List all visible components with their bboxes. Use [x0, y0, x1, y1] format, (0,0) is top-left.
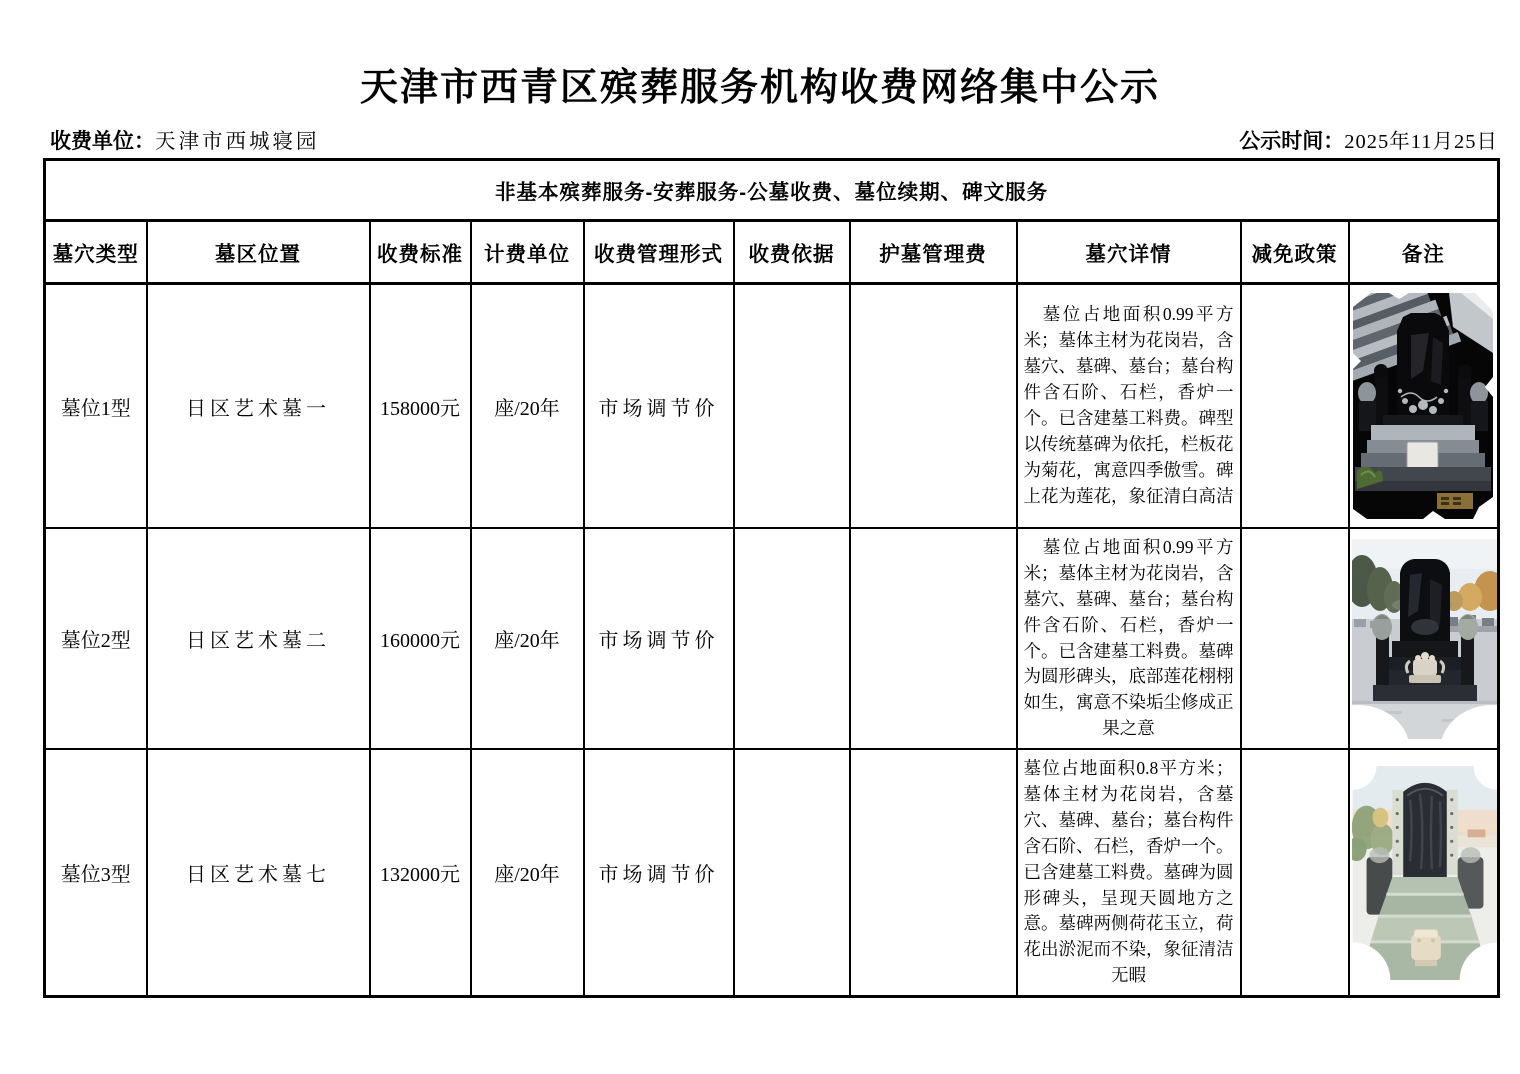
cell-unit: 座/20年 — [471, 284, 584, 529]
cell-management: 市场调节价 — [584, 528, 734, 749]
section-row: 非基本殡葬服务-安葬服务-公墓收费、墓位续期、碑文服务 — [45, 160, 1499, 221]
col-header-tomb-type: 墓穴类型 — [45, 221, 147, 284]
cell-care-fee — [850, 284, 1017, 529]
remark-photo-cell — [1349, 528, 1499, 749]
publicity-time-label: 公示时间： — [1239, 130, 1344, 153]
cell-location: 日区艺术墓七 — [147, 749, 370, 997]
publicity-time: 公示时间：2025年11月25日 — [1239, 124, 1498, 155]
cell-basis — [734, 749, 850, 997]
black-granite-tombstone-photo-icon — [1353, 293, 1493, 519]
cell-unit: 座/20年 — [471, 749, 584, 997]
cell-tomb-type: 墓位3型 — [45, 749, 147, 997]
cell-care-fee — [850, 749, 1017, 997]
cell-details: 墓位占地面积0.8平方米；墓体主材为花岗岩，含墓穴、墓碑、墓台；墓台构件含石阶、… — [1017, 749, 1241, 997]
charging-unit-label: 收费单位： — [50, 130, 155, 153]
remark-photo-cell — [1349, 749, 1499, 997]
cell-price: 160000元 — [370, 528, 471, 749]
cell-price: 132000元 — [370, 749, 471, 997]
table-row: 墓位2型 日区艺术墓二 160000元 座/20年 市场调节价 墓位占地面积0.… — [45, 528, 1499, 749]
cell-management: 市场调节价 — [584, 749, 734, 997]
remark-photo-cell — [1349, 284, 1499, 529]
cell-details: 墓位占地面积0.99平方米；墓体主材为花岗岩，含墓穴、墓碑、墓台；墓台构件含石阶… — [1017, 528, 1241, 749]
meta-bar: 收费单位：天津市西城寝园 公示时间：2025年11月25日 — [50, 124, 1498, 155]
charging-unit: 收费单位：天津市西城寝园 — [50, 124, 320, 155]
col-header-management: 收费管理形式 — [584, 221, 734, 284]
cell-policy — [1241, 749, 1349, 997]
col-header-details: 墓穴详情 — [1017, 221, 1241, 284]
charging-unit-value: 天津市西城寝园 — [155, 131, 320, 153]
cell-basis — [734, 284, 850, 529]
table-section-title: 非基本殡葬服务-安葬服务-公墓收费、墓位续期、碑文服务 — [45, 160, 1499, 221]
fee-table: 非基本殡葬服务-安葬服务-公墓收费、墓位续期、碑文服务 墓穴类型 墓区位置 收费… — [43, 158, 1500, 998]
cemetery-autumn-tombstone-photo-icon — [1352, 539, 1498, 739]
cell-care-fee — [850, 528, 1017, 749]
col-header-unit: 计费单位 — [471, 221, 584, 284]
publicity-time-value: 2025年11月25日 — [1344, 131, 1498, 153]
col-header-price: 收费标准 — [370, 221, 471, 284]
col-header-location: 墓区位置 — [147, 221, 370, 284]
cell-price: 158000元 — [370, 284, 471, 529]
col-header-remark: 备注 — [1349, 221, 1499, 284]
cell-unit: 座/20年 — [471, 528, 584, 749]
cell-policy — [1241, 528, 1349, 749]
cell-details: 墓位占地面积0.99平方米；墓体主材为花岗岩，含墓穴、墓碑、墓台；墓台构件含石阶… — [1017, 284, 1241, 529]
arched-tombstone-steps-photo-icon — [1352, 766, 1498, 980]
header-row: 墓穴类型 墓区位置 收费标准 计费单位 收费管理形式 收费依据 护墓管理费 墓穴… — [45, 221, 1499, 284]
table-row: 墓位3型 日区艺术墓七 132000元 座/20年 市场调节价 墓位占地面积0.… — [45, 749, 1499, 997]
cell-tomb-type: 墓位1型 — [45, 284, 147, 529]
cell-location: 日区艺术墓二 — [147, 528, 370, 749]
cell-basis — [734, 528, 850, 749]
col-header-basis: 收费依据 — [734, 221, 850, 284]
col-header-policy: 减免政策 — [1241, 221, 1349, 284]
cell-policy — [1241, 284, 1349, 529]
cell-tomb-type: 墓位2型 — [45, 528, 147, 749]
table-row: 墓位1型 日区艺术墓一 158000元 座/20年 市场调节价 墓位占地面积0.… — [45, 284, 1499, 529]
cell-management: 市场调节价 — [584, 284, 734, 529]
cell-location: 日区艺术墓一 — [147, 284, 370, 529]
page-title: 天津市西青区殡葬服务机构收费网络集中公示 — [0, 56, 1520, 111]
col-header-care-fee: 护墓管理费 — [850, 221, 1017, 284]
